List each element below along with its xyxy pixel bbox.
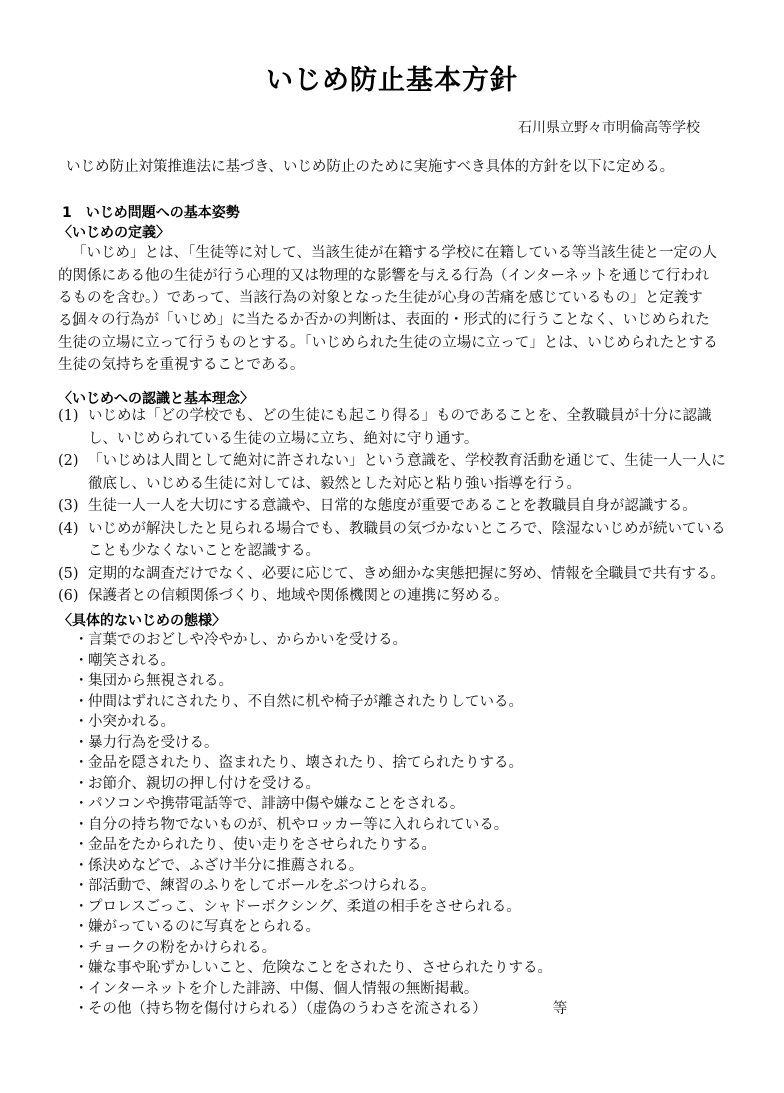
bullet-icon: ・ (74, 979, 88, 1000)
bullet-icon: ・ (74, 774, 88, 795)
list-item: ・小突かれる。 (74, 712, 567, 733)
item-number: (4) (58, 518, 88, 563)
item-text: インターネットを介した誹謗、中傷、個人情報の無断掲載。 (88, 981, 478, 997)
item-text: その他（持ち物を傷付けられる）（虚偽のうわさを流される） (88, 1001, 487, 1017)
etc-label: 等 (553, 1001, 568, 1017)
bullet-icon: ・ (74, 856, 88, 877)
item-text: チョークの粉をかけられる。 (88, 940, 276, 956)
principle-item: (2)「いじめは人間として絶対に許されない」という意識を、学校教育活動を通じて、… (58, 450, 728, 495)
bullet-icon: ・ (74, 938, 88, 959)
list-item: ・仲間はずれにされたり、不自然に机や椅子が離されたりしている。 (74, 692, 567, 713)
list-item: ・金品をたかられたり、使い走りをさせられたりする。 (74, 835, 567, 856)
principle-item: (1)いじめは「どの学校でも、どの生徒にも起こり得る」ものであることを、全教職員… (58, 405, 728, 450)
list-item: ・インターネットを介した誹謗、中傷、個人情報の無断掲載。 (74, 979, 567, 1000)
item-text: 仲間はずれにされたり、不自然に机や椅子が離されたりしている。 (88, 694, 523, 710)
item-text: 嫌な事や恥ずかしいこと、危険なことをされたり、させられたりする。 (88, 960, 552, 976)
list-item: ・お節介、親切の押し付けを受ける。 (74, 774, 567, 795)
bullet-icon: ・ (74, 958, 88, 979)
item-text: 嫌がっているのに写真をとられる。 (88, 919, 320, 935)
judgment-paragraph: 個々の行為が「いじめ」に当たるか否かの判断は、表面的・形式的に行うことなく、いじ… (58, 309, 722, 377)
bullet-icon: ・ (74, 897, 88, 918)
item-text: いじめが解決したと見られる場合でも、教職員の気づかないところで、陰湿ないじめが続… (88, 518, 728, 563)
item-text: 自分の持ち物でないものが、机やロッカー等に入れられている。 (88, 817, 508, 833)
list-item: ・パソコンや携帯電話等で、誹謗中傷や嫌なことをされる。 (74, 794, 567, 815)
bullet-icon: ・ (74, 999, 88, 1020)
intro-paragraph: いじめ防止対策推進法に基づき、いじめ防止のために実施すべき具体的方針を以下に定め… (66, 155, 746, 176)
list-item: ・自分の持ち物でないものが、机やロッカー等に入れられている。 (74, 815, 567, 836)
item-text: お節介、親切の押し付けを受ける。 (88, 776, 320, 792)
section-number: 1 (62, 205, 72, 221)
list-item: ・暴力行為を受ける。 (74, 733, 567, 754)
item-text: 小突かれる。 (88, 714, 175, 730)
list-item: ・金品を隠されたり、盗まれたり、壊されたり、捨てられたりする。 (74, 753, 567, 774)
item-text: 「いじめは人間として絶対に許されない」という意識を、学校教育活動を通じて、生徒一… (88, 450, 728, 495)
item-text: 言葉でのおどしや冷やかし、からかいを受ける。 (88, 632, 407, 648)
bullet-icon: ・ (74, 712, 88, 733)
item-text: 集団から無視される。 (88, 673, 233, 689)
list-item: ・係決めなどで、ふざけ半分に推薦される。 (74, 856, 567, 877)
list-item: ・その他（持ち物を傷付けられる）（虚偽のうわさを流される）等 (74, 999, 567, 1020)
section-title: いじめ問題への基本姿勢 (86, 205, 240, 221)
definition-heading: 〈いじめの定義〉 (58, 222, 170, 242)
section-heading: 1いじめ問題への基本姿勢 (62, 202, 240, 222)
item-text: 部活動で、練習のふりをしてボールをぶつけられる。 (88, 878, 435, 894)
item-text: 暴力行為を受ける。 (88, 735, 219, 751)
list-item: ・集団から無視される。 (74, 671, 567, 692)
principle-item: (6)保護者との信頼関係づくり、地域や関係機関との連携に努める。 (58, 585, 728, 608)
examples-heading: 〈具体的ないじめの態様〉 (58, 610, 226, 630)
item-number: (6) (58, 585, 88, 608)
item-text: 保護者との信頼関係づくり、地域や関係機関との連携に努める。 (88, 585, 728, 608)
bullet-icon: ・ (74, 815, 88, 836)
item-number: (2) (58, 450, 88, 495)
bullet-icon: ・ (74, 753, 88, 774)
bullet-icon: ・ (74, 692, 88, 713)
bullet-icon: ・ (74, 835, 88, 856)
list-item: ・嘲笑される。 (74, 651, 567, 672)
item-text: 嘲笑される。 (88, 653, 175, 669)
examples-list: ・言葉でのおどしや冷やかし、からかいを受ける。 ・嘲笑される。 ・集団から無視さ… (74, 630, 567, 1020)
list-item: ・チョークの粉をかけられる。 (74, 938, 567, 959)
item-number: (5) (58, 563, 88, 586)
item-text: 金品を隠されたり、盗まれたり、壊されたり、捨てられたりする。 (88, 755, 523, 771)
bullet-icon: ・ (74, 876, 88, 897)
item-text: いじめは「どの学校でも、どの生徒にも起こり得る」ものであることを、全教職員が十分… (88, 405, 728, 450)
bullet-icon: ・ (74, 671, 88, 692)
list-item: ・部活動で、練習のふりをしてボールをぶつけられる。 (74, 876, 567, 897)
bullet-icon: ・ (74, 733, 88, 754)
school-name: 石川県立野々市明倫高等学校 (518, 117, 700, 137)
item-text: 金品をたかられたり、使い走りをさせられたりする。 (88, 837, 436, 853)
list-item: ・嫌な事や恥ずかしいこと、危険なことをされたり、させられたりする。 (74, 958, 567, 979)
principle-item: (4)いじめが解決したと見られる場合でも、教職員の気づかないところで、陰湿ないじ… (58, 518, 728, 563)
list-item: ・嫌がっているのに写真をとられる。 (74, 917, 567, 938)
principle-item: (5) 定期的な調査だけでなく、必要に応じて、きめ細かな実態把握に努め、情報を全… (58, 563, 728, 586)
item-text: プロレスごっこ、シャドーボクシング、柔道の相手をさせられる。 (88, 899, 521, 915)
item-number: (3) (58, 495, 88, 518)
item-text: パソコンや携帯電話等で、誹謗中傷や嫌なことをされる。 (88, 796, 464, 812)
document-title: いじめ防止基本方針 (0, 58, 784, 97)
bullet-icon: ・ (74, 917, 88, 938)
bullet-icon: ・ (74, 630, 88, 651)
bullet-icon: ・ (74, 651, 88, 672)
principle-item: (3)生徒一人一人を大切にする意識や、日常的な態度が重要であることを教職員自身が… (58, 495, 728, 518)
item-text: 定期的な調査だけでなく、必要に応じて、きめ細かな実態把握に努め、情報を全職員で共… (88, 563, 728, 586)
item-text: 生徒一人一人を大切にする意識や、日常的な態度が重要であることを教職員自身が認識す… (88, 495, 728, 518)
bullet-icon: ・ (74, 794, 88, 815)
document-page: いじめ防止基本方針 石川県立野々市明倫高等学校 いじめ防止対策推進法に基づき、い… (0, 0, 784, 1093)
principles-list: (1)いじめは「どの学校でも、どの生徒にも起こり得る」ものであることを、全教職員… (58, 405, 728, 608)
item-number: (1) (58, 405, 88, 450)
list-item: ・プロレスごっこ、シャドーボクシング、柔道の相手をさせられる。 (74, 897, 567, 918)
item-text: 係決めなどで、ふざけ半分に推薦される。 (88, 858, 363, 874)
list-item: ・言葉でのおどしや冷やかし、からかいを受ける。 (74, 630, 567, 651)
